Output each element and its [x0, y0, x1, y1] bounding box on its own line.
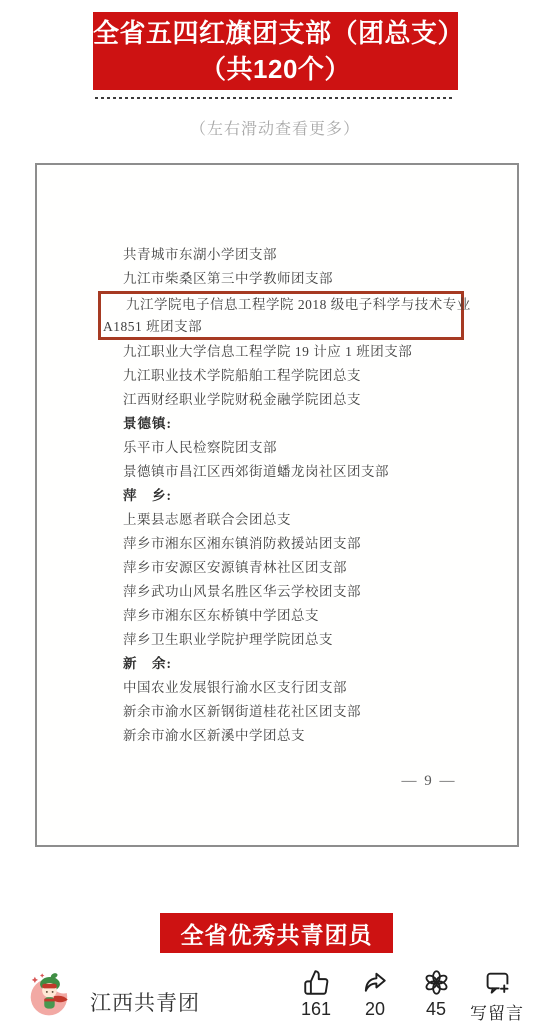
- banner-red-subtitle: 全省优秀共青团员: [160, 913, 393, 953]
- section-header-xinyu: 新 余:: [37, 652, 517, 676]
- share-count: 20: [347, 999, 403, 1020]
- like-button[interactable]: 161: [288, 969, 344, 1020]
- wow-button[interactable]: 45: [408, 969, 464, 1020]
- list-item: 乐平市人民检察院团支部: [37, 436, 517, 460]
- list-item: 九江市柴桑区第三中学教师团支部: [37, 267, 517, 291]
- award-list: 共青城市东湖小学团支部 九江市柴桑区第三中学教师团支部 九江学院电子信息工程学院…: [37, 243, 517, 748]
- section-header-pingxiang: 萍 乡:: [37, 484, 517, 508]
- share-button[interactable]: 20: [347, 969, 403, 1020]
- highlight-line1: 九江学院电子信息工程学院 2018 级电子科学与技术专业: [101, 294, 461, 316]
- list-item: 景德镇市昌江区西郊街道蟠龙岗社区团支部: [37, 460, 517, 484]
- list-item: 萍乡卫生职业学院护理学院团总支: [37, 628, 517, 652]
- list-item: 萍乡市湘东区湘东镇消防救援站团支部: [37, 532, 517, 556]
- banner-title-line2: （共120个）: [93, 51, 458, 87]
- list-item: 新余市渝水区新钢街道桂花社区团支部: [37, 700, 517, 724]
- list-item: 江西财经职业学院财税金融学院团总支: [37, 388, 517, 412]
- list-item: 上栗县志愿者联合会团总支: [37, 508, 517, 532]
- document-page[interactable]: 共青城市东湖小学团支部 九江市柴桑区第三中学教师团支部 九江学院电子信息工程学院…: [35, 163, 519, 847]
- list-item: 九江职业大学信息工程学院 19 计应 1 班团支部: [37, 340, 517, 364]
- wow-flower-icon: [423, 969, 450, 996]
- comment-label: 写留言: [464, 999, 530, 1024]
- account-name[interactable]: 江西共青团: [90, 987, 200, 1017]
- mascot-avatar-icon: [26, 970, 74, 1018]
- highlighted-list-item: 九江学院电子信息工程学院 2018 级电子科学与技术专业 A1851 班团支部: [98, 291, 464, 340]
- list-item: 中国农业发展银行渝水区支行团支部: [37, 676, 517, 700]
- avatar[interactable]: [26, 970, 74, 1018]
- share-icon: [362, 969, 389, 996]
- list-item: 共青城市东湖小学团支部: [37, 243, 517, 267]
- page-number: — 9 —: [402, 773, 457, 790]
- list-item: 萍乡武功山风景名胜区华云学校团支部: [37, 580, 517, 604]
- dashed-divider: [95, 97, 455, 99]
- article-page: 全省五四红旗团支部（团总支） （共120个） （左右滑动查看更多） 共青城市东湖…: [0, 0, 550, 1034]
- banner-title-line1: 全省五四红旗团支部（团总支）: [93, 15, 458, 51]
- swipe-hint-text: （左右滑动查看更多）: [0, 116, 550, 139]
- banner-red-title: 全省五四红旗团支部（团总支） （共120个）: [93, 12, 458, 90]
- wow-count: 45: [408, 999, 464, 1020]
- thumbs-up-icon: [303, 969, 330, 996]
- like-count: 161: [288, 999, 344, 1020]
- comment-button[interactable]: 写留言: [464, 969, 530, 1024]
- section-header-jingdezhen: 景德镇:: [37, 412, 517, 436]
- list-item: 九江职业技术学院船舶工程学院团总支: [37, 364, 517, 388]
- comment-icon: [484, 969, 511, 996]
- highlight-line2: A1851 班团支部: [101, 316, 461, 338]
- list-item: 萍乡市安源区安源镇青林社区团支部: [37, 556, 517, 580]
- footer-bar: 江西共青团 161 20 45: [0, 965, 550, 1034]
- list-item: 萍乡市湘东区东桥镇中学团总支: [37, 604, 517, 628]
- list-item: 新余市渝水区新溪中学团总支: [37, 724, 517, 748]
